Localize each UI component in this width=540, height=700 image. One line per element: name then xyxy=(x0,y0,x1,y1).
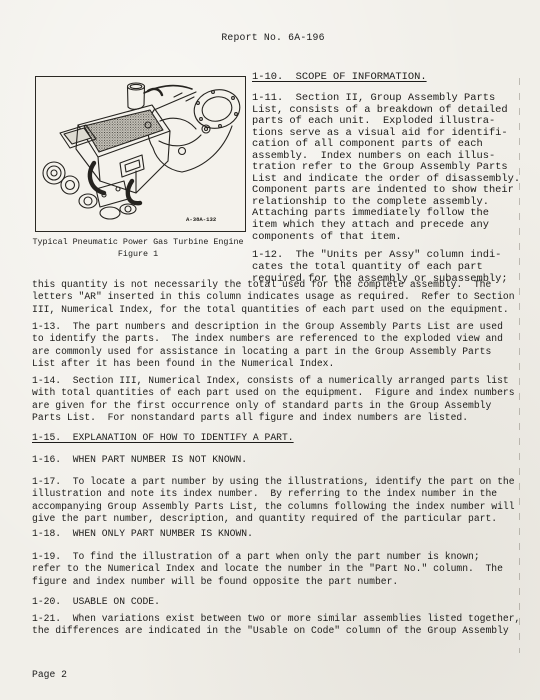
para-1-17: 1-17. To locate a part number by using t… xyxy=(32,476,536,525)
figure-caption: Typical Pneumatic Power Gas Turbine Engi… xyxy=(26,236,250,260)
figure-box: A-38A-132 xyxy=(35,76,246,232)
scan-artifact-line xyxy=(519,78,520,653)
scanned-manual-page: { "colors": { "paper": "#f1efe9", "ink":… xyxy=(0,0,540,700)
heading-how-to-identify-a-part: 1-15. EXPLANATION OF HOW TO IDENTIFY A P… xyxy=(32,432,532,444)
engine-illustration: A-38A-132 xyxy=(36,77,244,230)
figure-drawing-number: A-38A-132 xyxy=(186,216,217,223)
para-1-13: 1-13. The part numbers and description i… xyxy=(32,321,532,370)
heading-only-part-number-known: 1-18. WHEN ONLY PART NUMBER IS KNOWN. xyxy=(32,528,532,540)
heading-usable-on-code: 1-20. USABLE ON CODE. xyxy=(32,596,532,608)
para-1-19: 1-19. To find the illustration of a part… xyxy=(32,551,532,588)
heading-part-number-not-known: 1-16. WHEN PART NUMBER IS NOT KNOWN. xyxy=(32,454,532,466)
page-number: Page 2 xyxy=(32,669,67,680)
para-1-12-continued: this quantity is not necessarily the tot… xyxy=(32,279,532,316)
para-1-21: 1-21. When variations exist between two … xyxy=(32,613,536,638)
heading-scope-of-information: 1-10. SCOPE OF INFORMATION. xyxy=(252,72,528,84)
report-number: Report No. 6A-196 xyxy=(193,32,353,43)
para-1-11: 1-11. Section II, Group Assembly Parts L… xyxy=(252,93,532,243)
para-1-14: 1-14. Section III, Numerical Index, cons… xyxy=(32,375,532,424)
